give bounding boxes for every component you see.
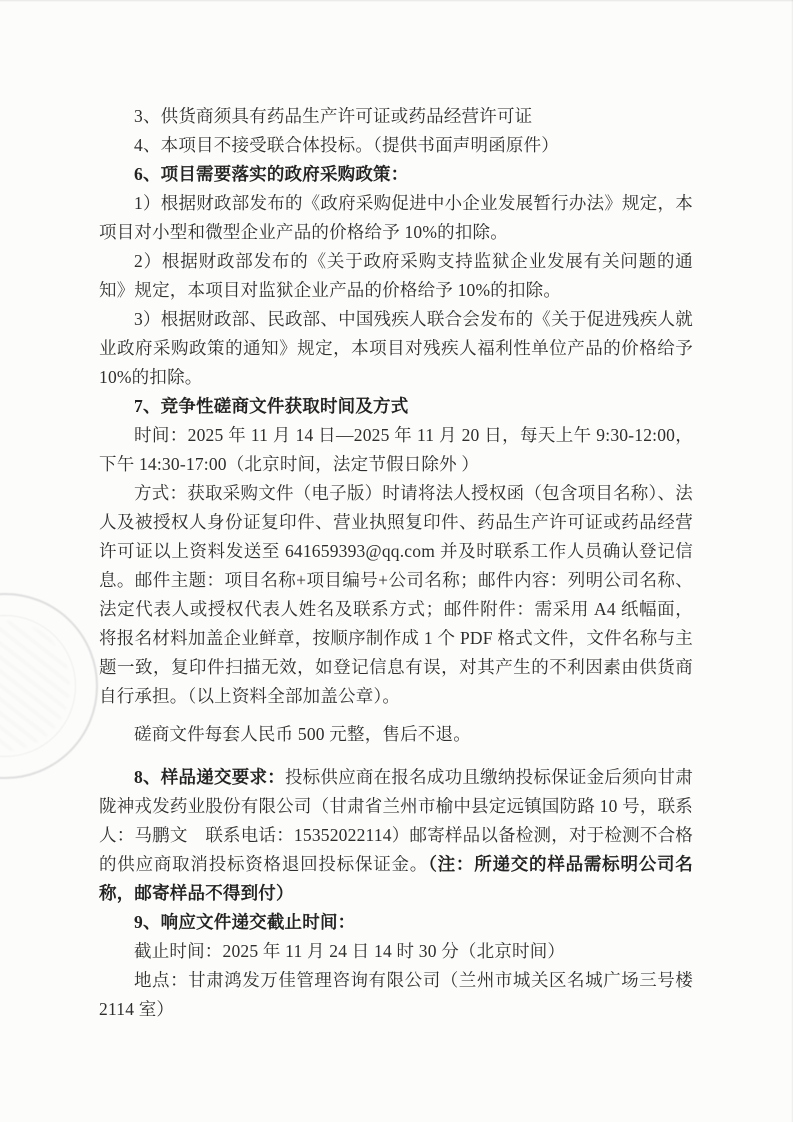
document-body: 3、供货商须具有药品生产许可证或药品经营许可证 4、本项目不接受联合体投标。（提… [99,102,693,1024]
clause-8-sample-submission: 8、样品递交要求：投标供应商在报名成功且缴纳投标保证金后须向甘肃陇神戎发药业股份… [99,763,693,908]
clause-7-heading-document-acquisition: 7、竞争性磋商文件获取时间及方式 [99,392,693,421]
document-fee-note: 磋商文件每套人民币 500 元整，售后不退。 [99,720,693,749]
scan-edge-top [0,0,793,2]
faint-circular-seal-icon [0,593,98,779]
acquisition-time: 时间：2025 年 11 月 14 日—2025 年 11 月 20 日，每天上… [99,421,693,479]
clause-3-supplier-license: 3、供货商须具有药品生产许可证或药品经营许可证 [99,102,693,131]
clause-4-no-consortium-bids: 4、本项目不接受联合体投标。（提供书面声明函原件） [99,131,693,160]
policy-item-1-sme-deduction: 1）根据财政部发布的《政府采购促进中小企业发展暂行办法》规定，本项目对小型和微型… [99,189,693,247]
policy-item-3-disabled-welfare-deduction: 3）根据财政部、民政部、中国残疾人联合会发布的《关于促进残疾人就业政府采购政策的… [99,305,693,392]
clause-9-heading-response-deadline: 9、响应文件递交截止时间： [99,908,693,937]
submission-location: 地点：甘肃鸿发万佳管理咨询有限公司（兰州市城关区名城广场三号楼 2114 室） [99,966,693,1024]
clause-8-heading: 8、样品递交要求： [134,767,285,787]
deadline-time: 截止时间：2025 年 11 月 24 日 14 时 30 分（北京时间） [99,937,693,966]
acquisition-method: 方式：获取采购文件（电子版）时请将法人授权函（包含项目名称）、法人及被授权人身份… [99,479,693,711]
scanned-document-page: 3、供货商须具有药品生产许可证或药品经营许可证 4、本项目不接受联合体投标。（提… [0,0,793,1122]
policy-item-2-prison-enterprise-deduction: 2）根据财政部发布的《关于政府采购支持监狱企业发展有关问题的通知》规定，本项目对… [99,247,693,305]
clause-6-heading-procurement-policy: 6、项目需要落实的政府采购政策： [99,160,693,189]
